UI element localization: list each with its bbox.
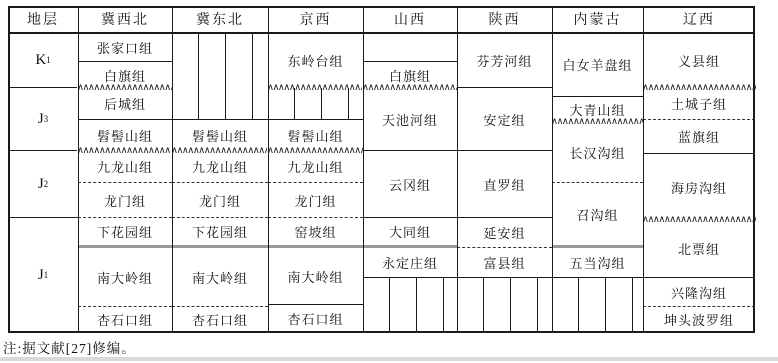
formation-cell: 土城子组 xyxy=(643,88,755,120)
era-sub: 1 xyxy=(44,271,49,280)
formation-label: 髫髻山组 xyxy=(97,126,153,145)
hiatus-comb xyxy=(268,88,363,120)
formation-cell: 富县组 xyxy=(457,248,552,278)
formation-cell: 大同组 xyxy=(363,218,457,248)
formation-cell: 白旗组∧∧∧∧∧∧∧∧∧∧∧∧∧∧∧∧∧∧∧∧∧∧∧∧∧∧∧∧∧∧∧∧∧∧∧∧∧… xyxy=(78,62,172,88)
formation-cell: 海房沟组∧∧∧∧∧∧∧∧∧∧∧∧∧∧∧∧∧∧∧∧∧∧∧∧∧∧∧∧∧∧∧∧∧∧∧∧… xyxy=(643,154,755,220)
era-cell: J3 xyxy=(8,88,78,151)
hiatus-comb xyxy=(457,278,552,332)
formation-label: 窑坡组 xyxy=(294,222,336,241)
formation-label: 髫髻山组 xyxy=(192,126,248,145)
formation-label: 白旗组 xyxy=(104,66,146,85)
formation-cell: 长汉沟组 xyxy=(552,122,643,183)
formation-cell: 髫髻山组∧∧∧∧∧∧∧∧∧∧∧∧∧∧∧∧∧∧∧∧∧∧∧∧∧∧∧∧∧∧∧∧∧∧∧∧… xyxy=(78,120,172,151)
hiatus-comb xyxy=(552,278,643,332)
header-label: 地层 xyxy=(27,9,59,29)
formation-label: 杏石口组 xyxy=(287,309,343,328)
header-region: 内蒙古 xyxy=(552,6,643,32)
formation-cell: 下花园组 xyxy=(78,218,172,248)
formation-label: 南大岭组 xyxy=(97,268,153,287)
formation-label: 杏石口组 xyxy=(192,310,248,329)
formation-label: 张家口组 xyxy=(97,38,153,57)
formation-cell: 东岭台组∧∧∧∧∧∧∧∧∧∧∧∧∧∧∧∧∧∧∧∧∧∧∧∧∧∧∧∧∧∧∧∧∧∧∧∧… xyxy=(268,33,363,88)
formation-label: 杏石口组 xyxy=(97,310,153,329)
formation-cell: 永定庄组 xyxy=(363,248,457,278)
formation-cell: 天池河组 xyxy=(363,88,457,151)
formation-label: 九龙山组 xyxy=(287,157,343,176)
column-divider xyxy=(552,6,553,333)
region-label: 冀东北 xyxy=(196,9,244,29)
formation-label: 五当沟组 xyxy=(569,253,625,272)
formation-cell: 延安组 xyxy=(457,218,552,248)
hiatus-comb xyxy=(363,278,457,332)
scan-edge-artifact xyxy=(0,357,778,361)
column-divider xyxy=(78,6,79,333)
formation-cell: 芬芳河组 xyxy=(457,33,552,88)
formation-label: 东岭台组 xyxy=(287,51,343,70)
empty-cell xyxy=(363,33,457,62)
formation-label: 坤头波罗组 xyxy=(664,310,734,329)
formation-cell: 龙门组 xyxy=(172,183,268,218)
formation-cell: 杏石口组 xyxy=(78,307,172,332)
formation-cell: 北票组 xyxy=(643,220,755,278)
formation-label: 芬芳河组 xyxy=(476,51,532,70)
formation-cell: 白女羊盘组 xyxy=(552,33,643,97)
formation-cell: 龙门组 xyxy=(78,183,172,218)
era-cell: J2 xyxy=(8,151,78,218)
formation-label: 天池河组 xyxy=(382,110,438,129)
region-label: 山西 xyxy=(394,9,426,29)
formation-cell: 坤头波罗组 xyxy=(643,307,755,332)
column-divider xyxy=(363,6,364,333)
formation-label: 龙门组 xyxy=(199,191,241,210)
formation-cell: 南大岭组 xyxy=(172,248,268,307)
formation-cell: 南大岭组 xyxy=(268,248,363,305)
formation-label: 义县组 xyxy=(678,51,720,70)
formation-label: 大同组 xyxy=(389,222,431,241)
formation-label: 下花园组 xyxy=(97,222,153,241)
formation-cell: 下花园组 xyxy=(172,218,268,248)
formation-label: 富县组 xyxy=(483,253,525,272)
formation-label: 永定庄组 xyxy=(382,253,438,272)
hiatus-comb xyxy=(172,33,268,120)
formation-cell: 南大岭组 xyxy=(78,248,172,307)
column-divider xyxy=(643,6,644,333)
formation-cell: 九龙山组 xyxy=(78,151,172,183)
header-region: 山西 xyxy=(363,6,457,32)
formation-label: 南大岭组 xyxy=(192,268,248,287)
region-label: 陕西 xyxy=(489,9,521,29)
formation-label: 大青山组 xyxy=(569,100,625,119)
formation-cell: 龙门组 xyxy=(268,183,363,218)
formation-label: 九龙山组 xyxy=(192,157,248,176)
formation-cell: 义县组∧∧∧∧∧∧∧∧∧∧∧∧∧∧∧∧∧∧∧∧∧∧∧∧∧∧∧∧∧∧∧∧∧∧∧∧∧… xyxy=(643,33,755,88)
table-footnote: 注:据文献[27]修编。 xyxy=(3,337,136,357)
formation-cell: 白旗组∧∧∧∧∧∧∧∧∧∧∧∧∧∧∧∧∧∧∧∧∧∧∧∧∧∧∧∧∧∧∧∧∧∧∧∧∧… xyxy=(363,62,457,88)
formation-label: 南大岭组 xyxy=(287,267,343,286)
formation-cell: 髫髻山组∧∧∧∧∧∧∧∧∧∧∧∧∧∧∧∧∧∧∧∧∧∧∧∧∧∧∧∧∧∧∧∧∧∧∧∧… xyxy=(268,120,363,151)
formation-label: 龙门组 xyxy=(294,191,336,210)
stratigraphic-table-page: 地层 冀西北 冀东北 京西 山西 陕西 内蒙古 辽西 K1 J3 J2 J1 张… xyxy=(0,0,778,363)
header-region: 辽西 xyxy=(643,6,755,32)
formation-cell: 后城组 xyxy=(78,88,172,120)
formation-cell: 杏石口组 xyxy=(268,305,363,332)
formation-label: 长汉沟组 xyxy=(569,143,625,162)
header-region: 冀西北 xyxy=(78,6,172,32)
formation-cell: 云冈组 xyxy=(363,151,457,218)
formation-cell: 髫髻山组∧∧∧∧∧∧∧∧∧∧∧∧∧∧∧∧∧∧∧∧∧∧∧∧∧∧∧∧∧∧∧∧∧∧∧∧… xyxy=(172,120,268,151)
formation-cell: 九龙山组 xyxy=(268,151,363,183)
formation-label: 九龙山组 xyxy=(97,157,153,176)
correlation-table: 地层 冀西北 冀东北 京西 山西 陕西 内蒙古 辽西 K1 J3 J2 J1 张… xyxy=(8,6,755,333)
region-label: 辽西 xyxy=(683,9,715,29)
era-cell: K1 xyxy=(8,33,78,88)
formation-label: 北票组 xyxy=(678,239,720,258)
formation-label: 海房沟组 xyxy=(671,178,727,197)
column-divider xyxy=(268,6,269,333)
formation-label: 云冈组 xyxy=(389,175,431,194)
formation-cell: 大青山组∧∧∧∧∧∧∧∧∧∧∧∧∧∧∧∧∧∧∧∧∧∧∧∧∧∧∧∧∧∧∧∧∧∧∧∧… xyxy=(552,97,643,122)
header-region: 京西 xyxy=(268,6,363,32)
formation-cell: 张家口组 xyxy=(78,33,172,62)
formation-cell: 蓝旗组 xyxy=(643,120,755,154)
formation-label: 后城组 xyxy=(104,94,146,113)
era-sub: 3 xyxy=(44,115,49,124)
formation-cell: 安定组 xyxy=(457,88,552,151)
formation-cell: 九龙山组 xyxy=(172,151,268,183)
header-region: 陕西 xyxy=(457,6,552,32)
era-label: K xyxy=(35,52,46,69)
formation-cell: 窑坡组 xyxy=(268,218,363,248)
formation-label: 召沟组 xyxy=(576,205,618,224)
formation-label: 兴隆沟组 xyxy=(671,283,727,302)
region-label: 京西 xyxy=(300,9,332,29)
header-strata: 地层 xyxy=(8,6,78,32)
formation-cell: 直罗组 xyxy=(457,151,552,218)
era-sub: 2 xyxy=(44,180,49,189)
header-region: 冀东北 xyxy=(172,6,268,32)
formation-cell: 召沟组 xyxy=(552,183,643,248)
formation-cell: 兴隆沟组 xyxy=(643,278,755,307)
formation-label: 直罗组 xyxy=(483,175,525,194)
formation-label: 白女羊盘组 xyxy=(562,55,632,74)
formation-label: 下花园组 xyxy=(192,222,248,241)
region-label: 冀西北 xyxy=(101,9,149,29)
formation-label: 延安组 xyxy=(483,223,525,242)
era-sub: 1 xyxy=(46,56,51,65)
formation-label: 龙门组 xyxy=(104,191,146,210)
era-cell: J1 xyxy=(8,218,78,332)
formation-label: 土城子组 xyxy=(671,94,727,113)
column-divider xyxy=(172,6,173,333)
formation-label: 白旗组 xyxy=(389,66,431,85)
region-label: 内蒙古 xyxy=(574,9,622,29)
formation-cell: 五当沟组 xyxy=(552,248,643,278)
formation-label: 安定组 xyxy=(483,110,525,129)
formation-cell: 杏石口组 xyxy=(172,307,268,332)
formation-label: 蓝旗组 xyxy=(678,127,720,146)
column-divider xyxy=(457,6,458,333)
formation-label: 髫髻山组 xyxy=(287,126,343,145)
